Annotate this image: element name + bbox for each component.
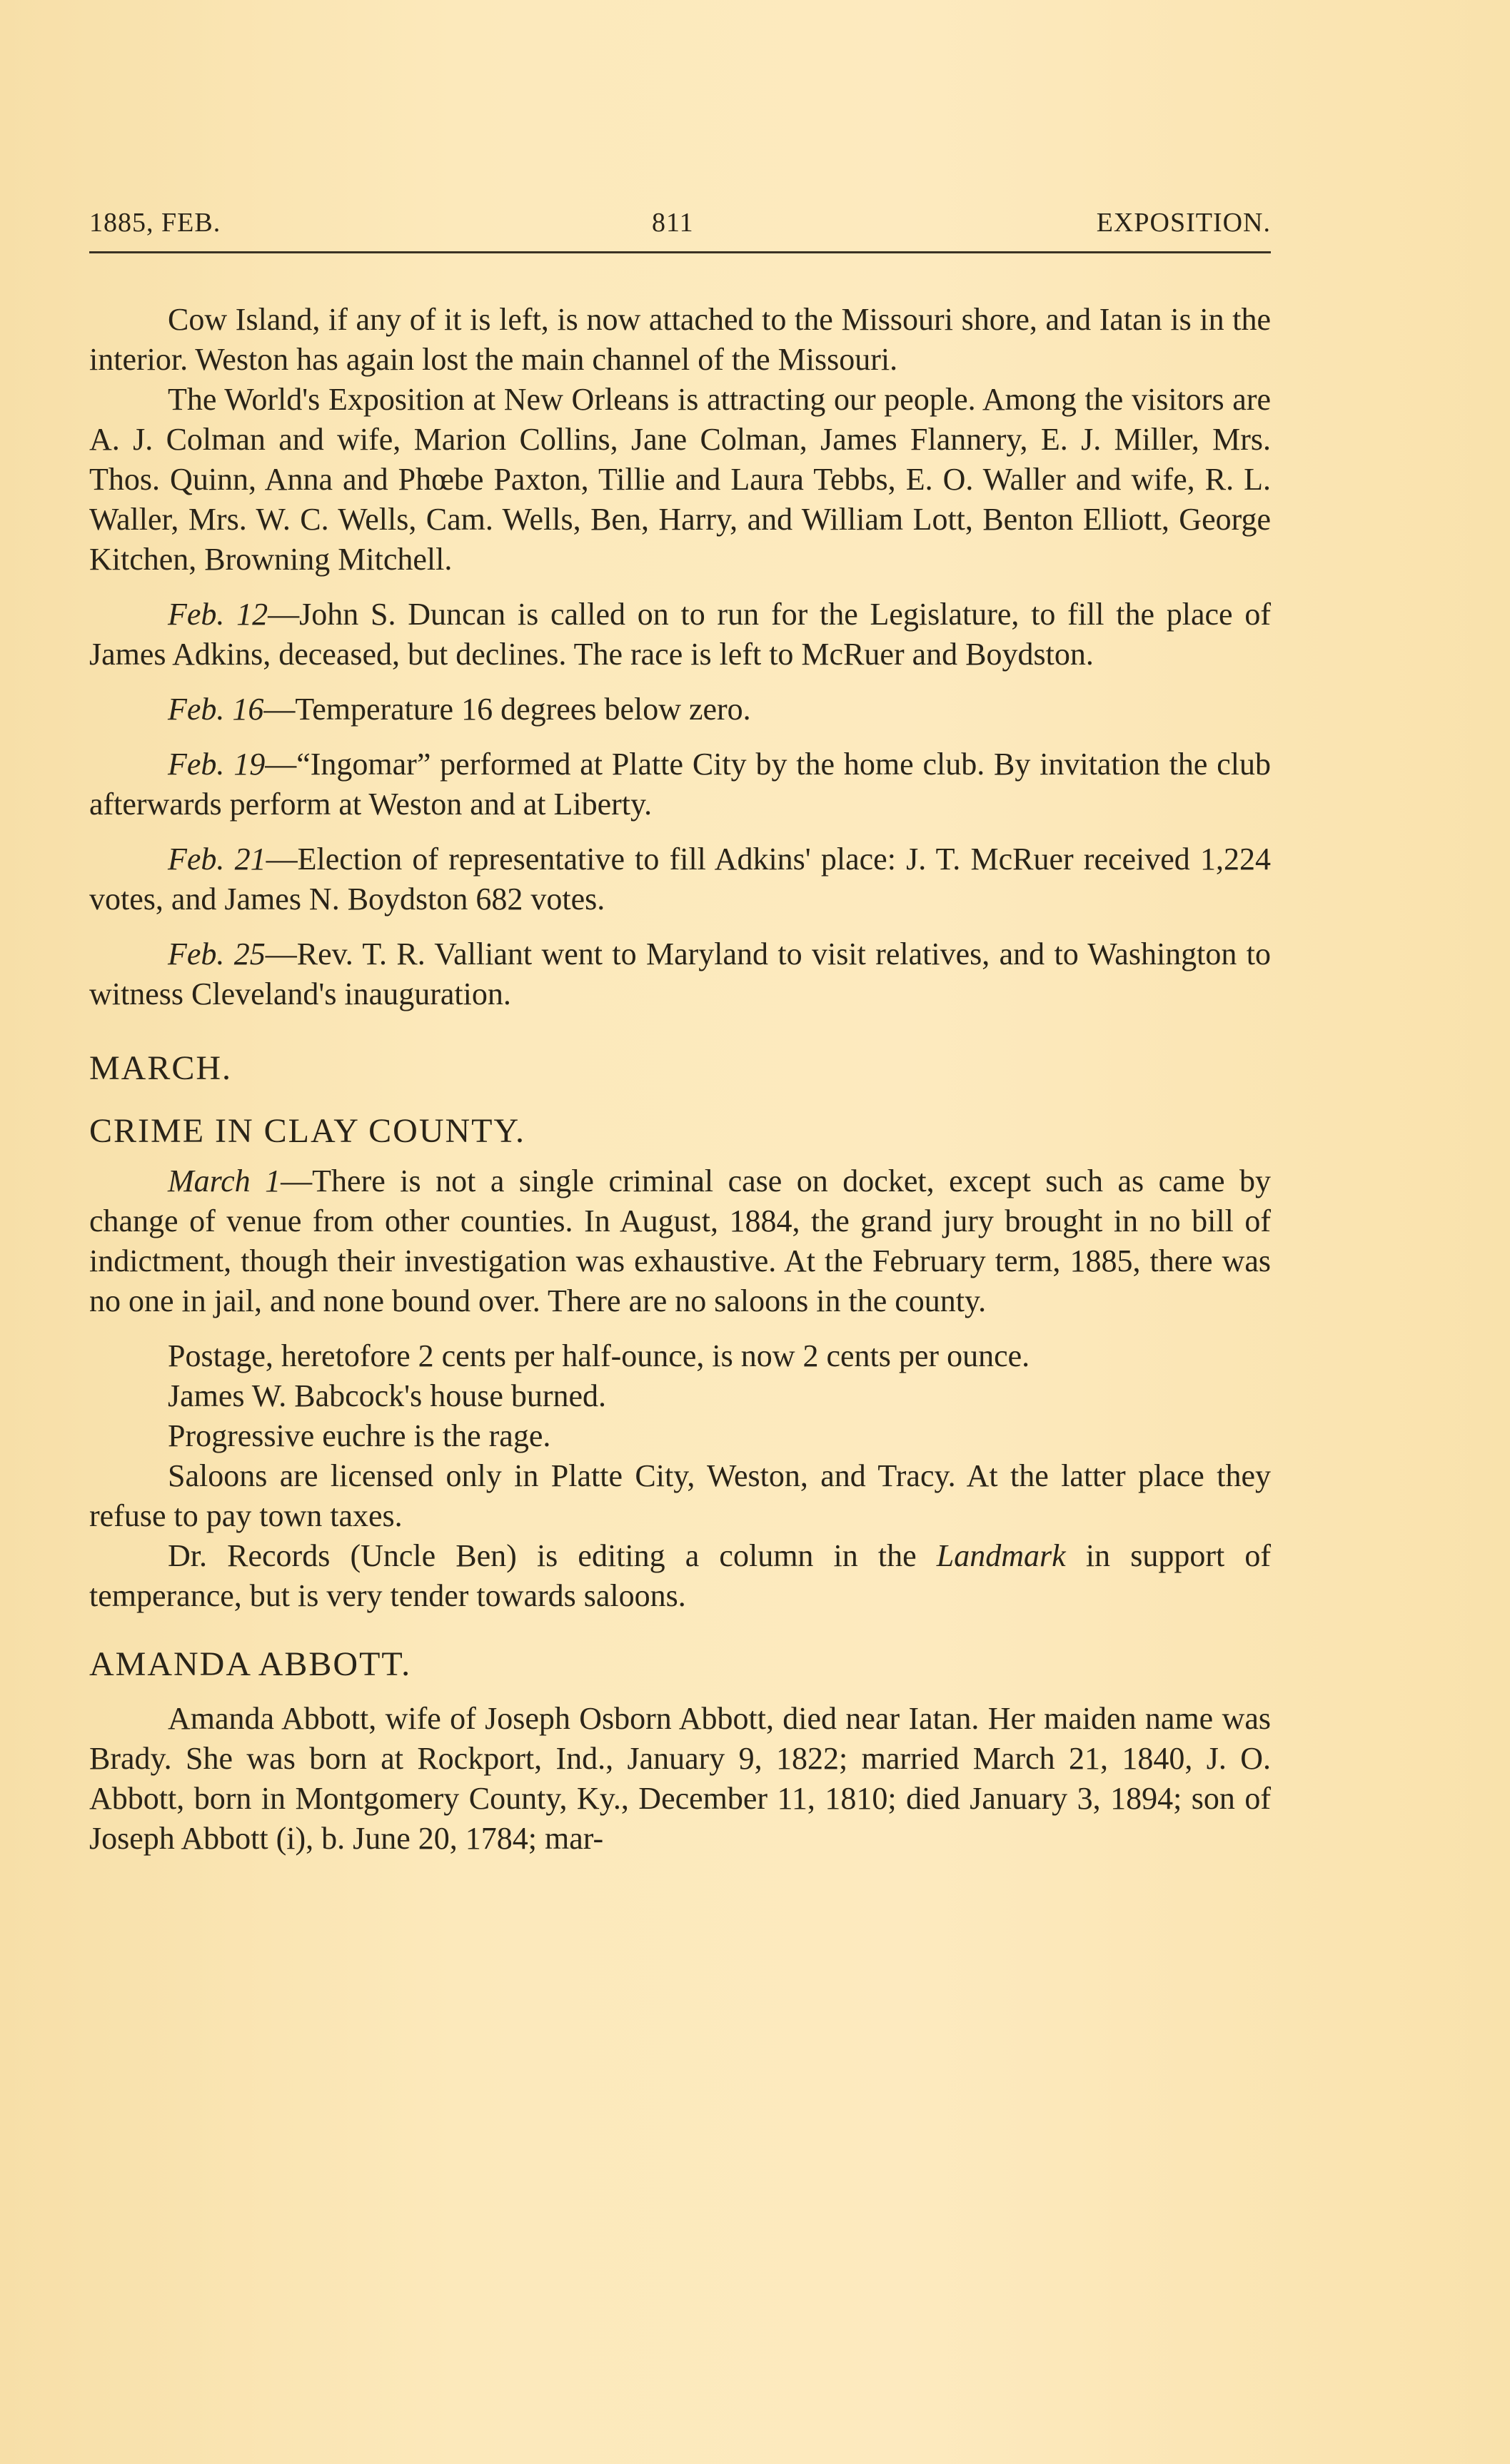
book-page: 1885, FEB. 811 EXPOSITION. Cow Island, i… [89,207,1271,1859]
section-heading-abbott: AMANDA ABBOTT. [89,1645,1271,1685]
month-heading: MARCH. [89,1049,1271,1089]
paragraph-abbott: Amanda Abbott, wife of Joseph Osborn Abb… [89,1699,1271,1859]
running-head-left: 1885, FEB. [89,207,221,238]
entry-feb-21: Feb. 21—Election of representative to fi… [89,839,1271,919]
running-head: 1885, FEB. 811 EXPOSITION. [89,207,1271,243]
entry-date: March 1 [168,1163,281,1198]
entry-text: —Temperature 16 degrees below zero. [263,692,750,727]
header-rule [89,251,1271,253]
entry-date: Feb. 21 [168,842,266,877]
entry-feb-25: Feb. 25—Rev. T. R. Valliant went to Mary… [89,934,1271,1014]
records-text-before: Dr. Records (Uncle Ben) is editing a col… [168,1538,937,1573]
entry-feb-16: Feb. 16—Temperature 16 degrees below zer… [89,690,1271,729]
entry-feb-19: Feb. 19—“Ingomar” performed at Platte Ci… [89,744,1271,824]
entry-text: —“Ingomar” performed at Platte City by t… [89,747,1271,822]
publication-title: Landmark [937,1538,1066,1573]
page-number: 811 [652,207,694,238]
page-body: Cow Island, if any of it is left, is now… [89,300,1271,1859]
paragraph-saloons: Saloons are licensed only in Platte City… [89,1456,1271,1536]
entry-date: Feb. 25 [168,936,266,971]
paragraph-babcock: James W. Babcock's house burned. [89,1376,1271,1416]
paragraph-records: Dr. Records (Uncle Ben) is editing a col… [89,1536,1271,1616]
entry-date: Feb. 19 [168,747,265,782]
paragraph-euchre: Progressive euchre is the rage. [89,1416,1271,1456]
entry-text: —Election of representative to fill Adki… [89,842,1271,917]
paragraph-cow-island: Cow Island, if any of it is left, is now… [89,300,1271,380]
entry-date: Feb. 12 [168,597,268,632]
entry-text: —Rev. T. R. Valliant went to Maryland to… [89,936,1271,1011]
paragraph-exposition: The World's Exposition at New Orleans is… [89,380,1271,580]
running-head-right: EXPOSITION. [1097,207,1271,238]
entry-feb-12: Feb. 12—John S. Duncan is called on to r… [89,595,1271,675]
entry-march-1: March 1—There is not a single criminal c… [89,1161,1271,1321]
section-heading-crime: CRIME IN CLAY COUNTY. [89,1111,1271,1151]
entry-date: Feb. 16 [168,692,263,727]
paragraph-postage: Postage, heretofore 2 cents per half-oun… [89,1336,1271,1376]
